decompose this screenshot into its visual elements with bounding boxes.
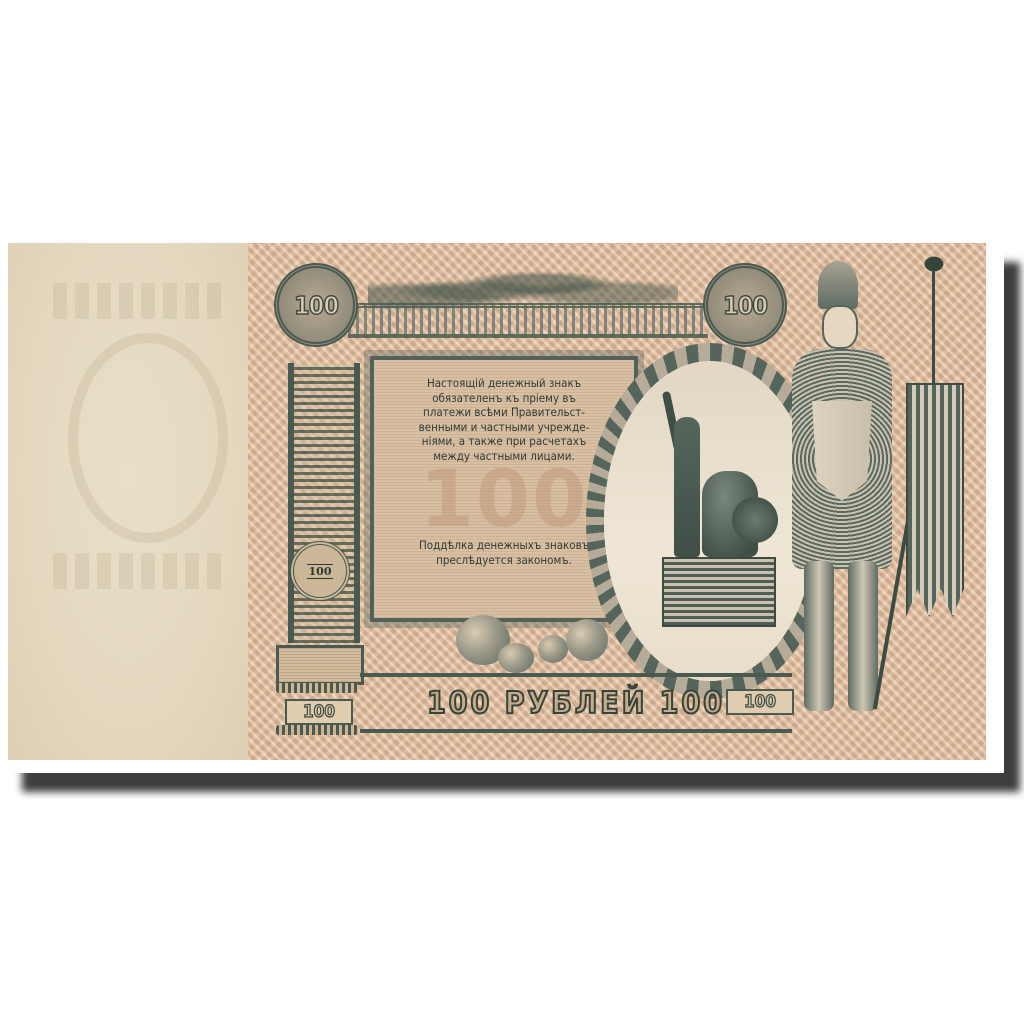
pedestal-slab bbox=[276, 645, 364, 685]
column-base bbox=[276, 725, 358, 735]
knight-vignette bbox=[778, 261, 918, 726]
fruit-apple bbox=[498, 643, 534, 673]
corner-medallion-top-right: 100 bbox=[703, 263, 787, 347]
knight-left-leg bbox=[804, 561, 834, 711]
denomination-numeral: 100 bbox=[294, 291, 338, 320]
statue-standing-figure bbox=[674, 417, 700, 557]
engraved-area: 100 100 100 100 Настоящій денежный знакъ… bbox=[248, 243, 986, 760]
corner-medallion-top-left: 100 bbox=[274, 263, 358, 347]
watermark-margin bbox=[8, 243, 248, 760]
ornamental-pillar bbox=[288, 363, 360, 643]
watermark-showthrough bbox=[53, 273, 223, 653]
knight-face bbox=[822, 305, 858, 349]
banknote: 100 100 100 100 Настоящій денежный знакъ… bbox=[8, 243, 986, 760]
top-frame-border bbox=[348, 303, 708, 338]
double-headed-eagle-icon bbox=[920, 253, 948, 275]
text-line: обязателенъ къ пріему въ bbox=[382, 391, 626, 406]
watermark-oval bbox=[68, 333, 228, 543]
small-denomination-medallion: 100 bbox=[290, 541, 350, 601]
legal-tender-text: Настоящій денежный знакъ обязателенъ къ … bbox=[382, 376, 626, 464]
fruit-grapes bbox=[538, 635, 568, 663]
watermark-band-bottom bbox=[53, 553, 223, 589]
denomination-numeral: 100 bbox=[723, 291, 767, 320]
fruit-basket bbox=[566, 619, 608, 661]
text-line: Настоящій денежный знакъ bbox=[382, 376, 626, 391]
monument-pedestal bbox=[662, 557, 776, 627]
denomination-numeral: 100 bbox=[744, 692, 776, 712]
statue-shield bbox=[732, 497, 778, 543]
left-ornamental-column: 100 100 100 bbox=[266, 263, 366, 733]
text-line: венными и частными учрежде- bbox=[382, 420, 626, 435]
denomination-numeral: 100 bbox=[307, 564, 334, 579]
denomination-numeral: 100 bbox=[303, 702, 335, 722]
banner-flag bbox=[906, 383, 964, 617]
text-line: между частными лицами. bbox=[382, 449, 626, 464]
denomination-text: 100 РУБЛЕЙ 100 bbox=[427, 686, 725, 721]
text-line: платежи всѣми Правительст- bbox=[382, 405, 626, 420]
knight-right-leg bbox=[848, 561, 878, 711]
watermark-band-top bbox=[53, 283, 223, 319]
column-capital bbox=[276, 683, 358, 693]
knight-helmet bbox=[818, 261, 858, 309]
corner-denomination-bottom-left: 100 bbox=[285, 699, 353, 725]
banner-pole bbox=[932, 265, 935, 385]
text-line: ніями, а также при расчетахъ bbox=[382, 434, 626, 449]
